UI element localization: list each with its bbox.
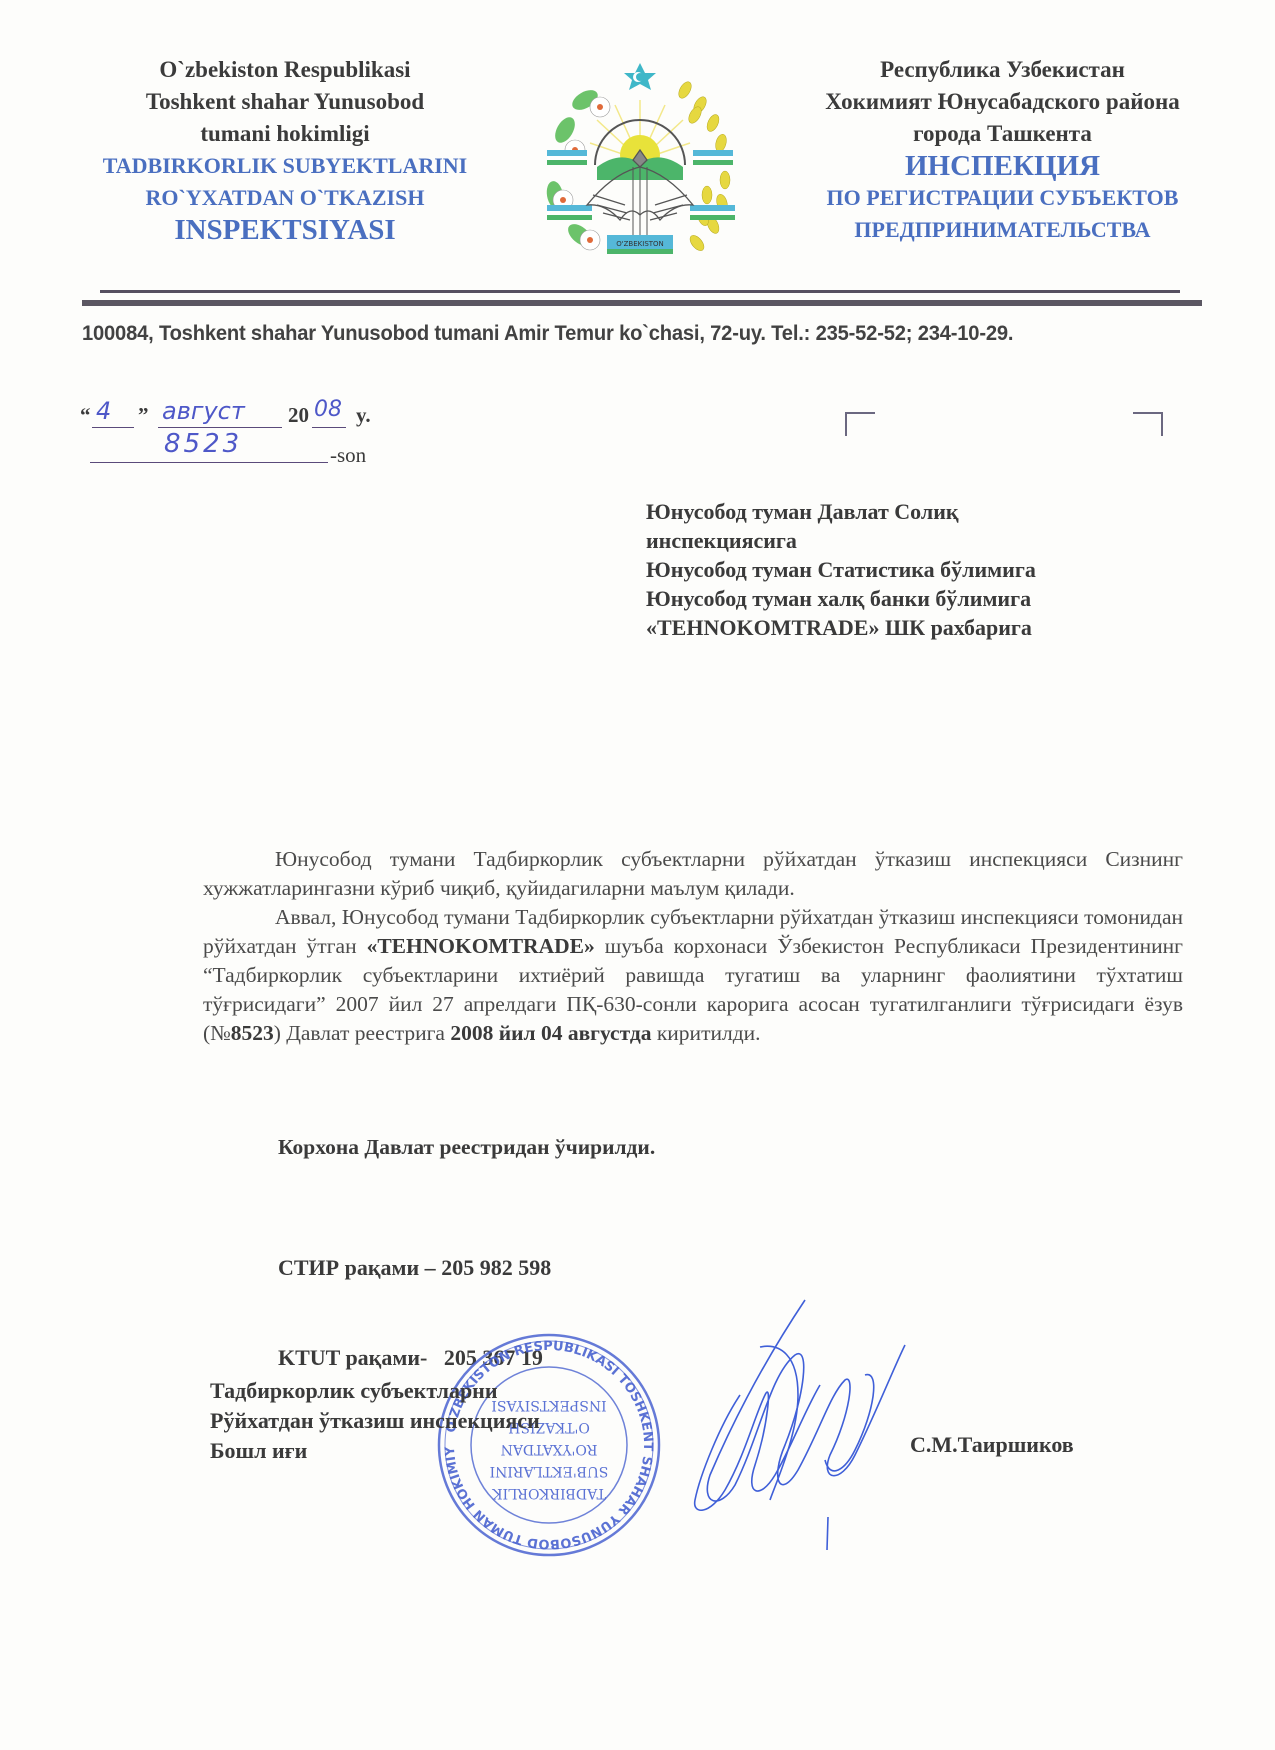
date-month: август: [162, 397, 245, 425]
addressee-line: Юнусобод туман халқ банки бўлимига: [646, 584, 1166, 613]
signatory-title: Тадбиркорлик субъектларни Рўйхатдан ўтка…: [210, 1376, 540, 1466]
header-line: tumani hokimligi: [65, 118, 505, 150]
header-line: Toshkent shahar Yunusobod: [65, 86, 505, 118]
header-line: RO`YXATDAN O`TKAZISH: [65, 182, 505, 214]
organization-address: 100084, Toshkent shahar Yunusobod tumani…: [82, 322, 1157, 346]
company-name: «TEHNOKOMTRADE»: [367, 934, 595, 958]
letterhead-left: O`zbekiston Respublikasi Toshkent shahar…: [65, 54, 505, 246]
document-number: 8523: [164, 429, 242, 459]
letter-body: Юнусобод тумани Тадбиркорлик субъектларн…: [203, 845, 1183, 1048]
header-line: O`zbekiston Respublikasi: [65, 54, 505, 86]
close-quote: ”: [138, 403, 149, 428]
header-divider-thick: [82, 300, 1202, 306]
registry-number: 8523: [231, 1021, 274, 1045]
date-year: 08: [314, 397, 342, 422]
signer-name: С.М.Таиршиков: [910, 1432, 1074, 1458]
open-quote: “: [80, 403, 91, 428]
addressee-line: «TEHNOKOMTRADE» ШК рахбарига: [646, 613, 1166, 642]
header-line: города Ташкента: [780, 118, 1225, 150]
letterhead-right: Республика Узбекистан Хокимият Юнусабадс…: [780, 54, 1225, 246]
body-paragraph-2: Аввал, Юнусобод тумани Тадбиркорлик субъ…: [203, 903, 1183, 1048]
header-line: TADBIRKORLIK SUBYEKTLARINI: [65, 150, 505, 182]
addressee-line: инспекциясига: [646, 526, 1166, 555]
header-line: Хокимият Юнусабадского района: [780, 86, 1225, 118]
addressee-list: Юнусобод туман Давлат Солиқ инспекциясиг…: [646, 497, 1166, 642]
number-suffix: -son: [330, 443, 366, 468]
header-line: ПРЕДПРИНИМАТЕЛЬСТВА: [780, 214, 1225, 246]
body-paragraph-1: Юнусобод тумани Тадбиркорлик субъектларн…: [203, 845, 1183, 903]
registry-date: 2008 йил 04 августда: [450, 1021, 651, 1045]
header-line: Республика Узбекистан: [780, 54, 1225, 86]
state-emblem-icon: O'ZBEKISTON: [525, 55, 755, 280]
addressee-line: Юнусобод туман Давлат Солиқ: [646, 497, 1166, 526]
removal-statement: Корхона Давлат реестридан ўчирилди.: [278, 1135, 655, 1160]
year-prefix: 20: [288, 403, 309, 428]
header-divider-thin: [100, 290, 1180, 293]
header-title: ИНСПЕКЦИЯ: [780, 150, 1225, 182]
header-line: ПО РЕГИСТРАЦИИ СУБЪЕКТОВ: [780, 182, 1225, 214]
address-corner-right: [1133, 412, 1163, 436]
svg-text:TADBIRKORLIK: TADBIRKORLIK: [492, 1485, 606, 1501]
address-corner-left: [845, 412, 875, 436]
header-title: INSPEKTSIYASI: [65, 214, 505, 246]
date-day: 4: [96, 397, 111, 425]
handwritten-signature-icon: [680, 1285, 920, 1555]
svg-text:O'ZBEKISTON: O'ZBEKISTON: [616, 240, 664, 248]
date-number-block: “ 4 ” август 20 08 y. 8523 -son: [80, 395, 420, 485]
addressee-line: Юнусобод туман Статистика бўлимига: [646, 555, 1166, 584]
year-label: y.: [356, 403, 371, 428]
stir-code: СТИР рақами – 205 982 598: [278, 1253, 551, 1283]
